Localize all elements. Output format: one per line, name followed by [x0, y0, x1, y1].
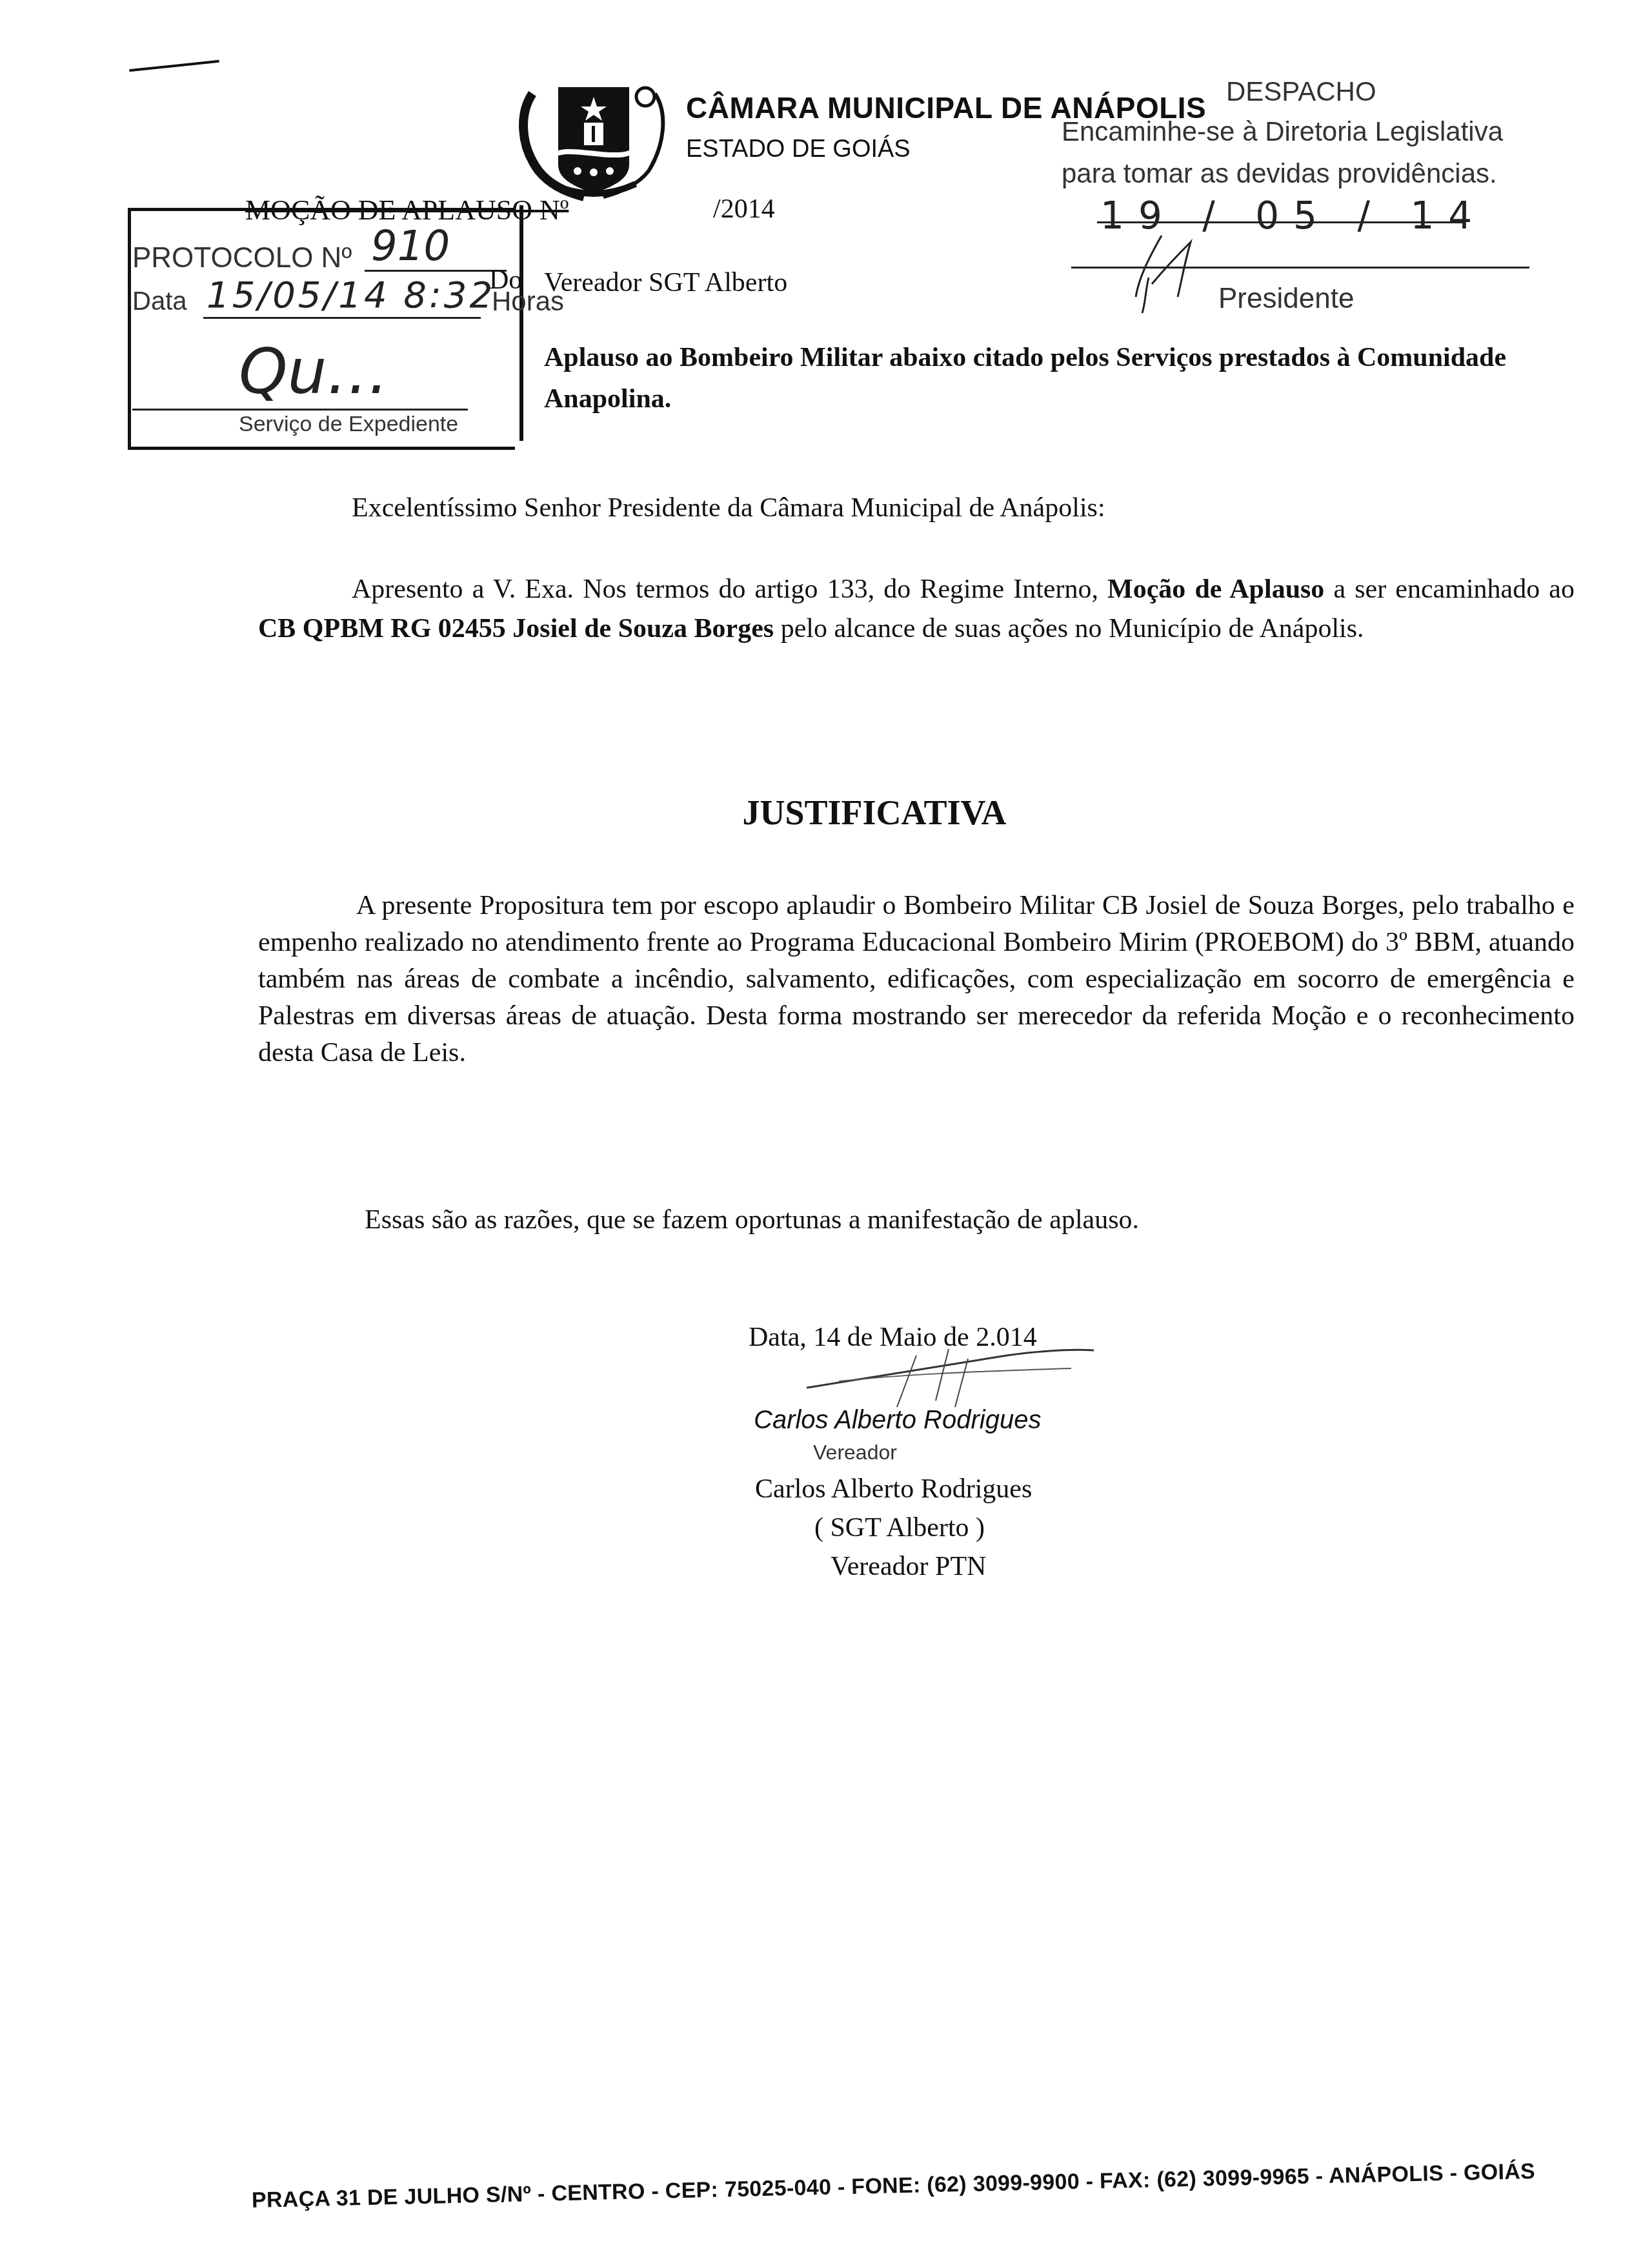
- motion-title: MOÇÃO DE APLAUSO Nº: [245, 194, 569, 227]
- protocol-label: PROTOCOLO Nº: [132, 242, 352, 274]
- municipal-coat-of-arms-icon: [513, 74, 674, 203]
- despacho-president-label: Presidente: [1218, 283, 1354, 315]
- signatory-name: Carlos Alberto Rodrigues: [755, 1474, 1032, 1505]
- p1-text-1: Apresento a V. Exa. Nos termos do artigo…: [352, 574, 1107, 604]
- author: Vereador SGT Alberto: [544, 267, 787, 298]
- stray-pen-mark: [129, 60, 219, 72]
- councilman-signature-icon: [800, 1343, 1097, 1414]
- justification-heading: JUSTIFICATIVA: [0, 793, 1652, 833]
- despacho-date: 19 / 05 / 14: [1100, 194, 1486, 238]
- justification-paragraph: A presente Propositura tem por escopo ap…: [258, 888, 1575, 1071]
- despacho-signature-line: [1071, 267, 1529, 269]
- salutation: Excelentíssimo Senhor Presidente da Câma…: [352, 492, 1105, 523]
- state-name: ESTADO DE GOIÁS: [686, 136, 911, 163]
- protocol-stamp-border: [519, 205, 523, 441]
- signature-stamp-name: Carlos Alberto Rodrigues: [754, 1406, 1041, 1435]
- ementa: Aplauso ao Bombeiro Militar abaixo citad…: [544, 337, 1538, 420]
- protocol-number: 910: [371, 223, 450, 270]
- protocol-date-value: 15/05/14 8:32: [206, 274, 495, 316]
- author-prefix: Do: [489, 265, 522, 296]
- document-number: /2014: [713, 194, 775, 225]
- protocol-signature-line: [132, 409, 468, 411]
- p1-bold-honoree: CB QPBM RG 02455 Josiel de Souza Borges: [258, 614, 774, 644]
- president-signature-icon: [1123, 232, 1207, 316]
- paragraph-presentation: Apresento a V. Exa. Nos termos do artigo…: [258, 570, 1575, 649]
- footer-address: PRAÇA 31 DE JULHO S/Nº - CENTRO - CEP: 7…: [252, 2159, 1536, 2213]
- p1-text-2: a ser encaminhado ao: [1324, 574, 1575, 604]
- protocol-date-line: [203, 317, 481, 319]
- p1-bold-motion: Moção de Aplauso: [1107, 574, 1324, 604]
- protocol-date-label: Data: [132, 287, 187, 316]
- despacho-line-1: Encaminhe-se à Diretoria Legislativa: [1062, 116, 1503, 147]
- despacho-title: DESPACHO: [1226, 76, 1376, 107]
- despacho-date-line: [1097, 221, 1465, 223]
- protocol-service-label: Serviço de Expediente: [239, 412, 458, 437]
- p1-text-3: pelo alcance de suas ações no Município …: [774, 614, 1364, 644]
- closing-paragraph: Essas são as razões, que se fazem oportu…: [365, 1204, 1139, 1235]
- signatory-nickname: ( SGT Alberto ): [814, 1512, 985, 1543]
- protocol-number-line: [365, 270, 507, 272]
- despacho-line-2: para tomar as devidas providências.: [1062, 158, 1497, 189]
- signature-stamp-role: Vereador: [813, 1441, 897, 1465]
- protocol-clerk-signature: Qu…: [239, 336, 388, 408]
- signatory-party: Vereador PTN: [831, 1551, 986, 1582]
